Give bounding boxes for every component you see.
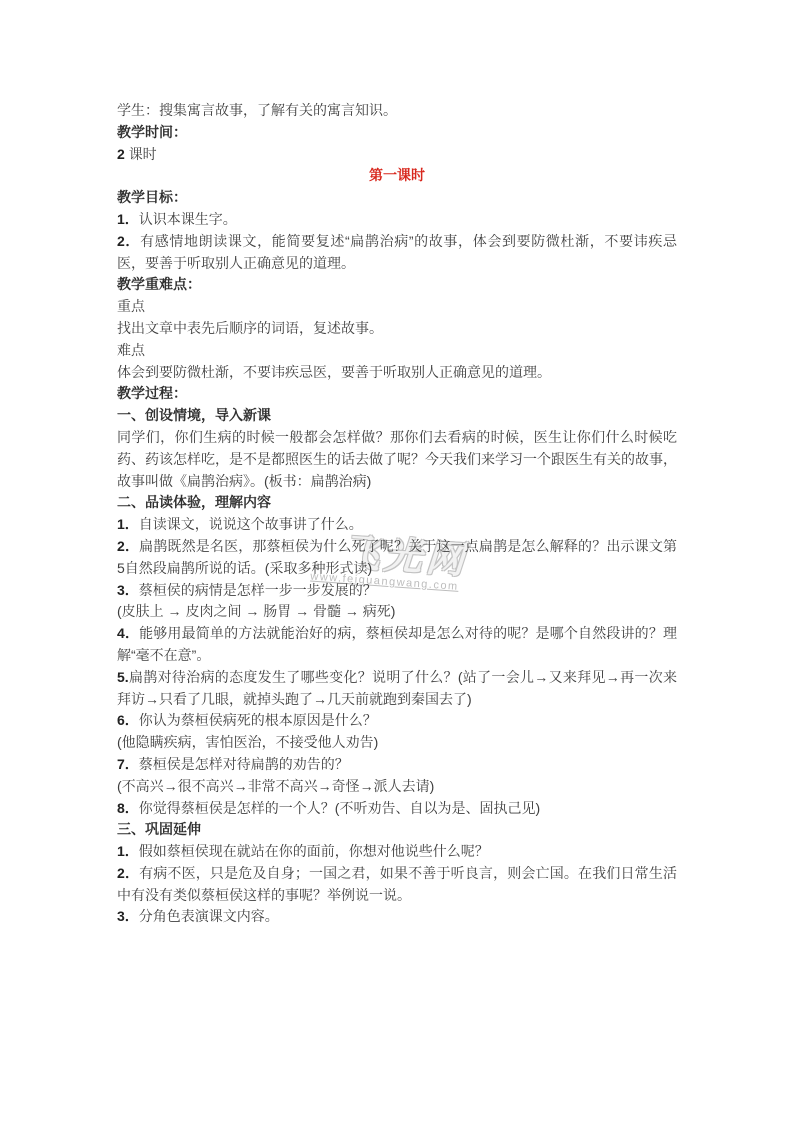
heading-teaching-goals: 教学目标： <box>117 187 677 209</box>
answer-note-root-cause: (他隐瞒疾病，害怕医治，不接受他人劝告) <box>117 732 677 754</box>
question-item-8-number: 8． <box>117 800 139 816</box>
question-item-3-text: 蔡桓侯的病情是怎样一步一步发展的？ <box>139 582 377 598</box>
heading-step-one-create-situation: 一、创设情境，导入新课 <box>117 405 677 427</box>
paragraph-student-preparation: 学生：搜集寓言故事，了解有关的寓言知识。 <box>117 100 677 122</box>
extend-item-2-text: 有病不医，只是危及自身；一国之君，如果不善于听良言，则会亡国。在我们日常生活中有… <box>117 865 677 903</box>
heading-step-two-read-comprehend: 二、品读体验，理解内容 <box>117 492 677 514</box>
text-difficult-point: 体会到要防微杜渐，不要讳疾忌医，要善于听取别人正确意见的道理。 <box>117 362 677 384</box>
question-item-1-number: 1． <box>117 516 139 532</box>
extend-item-1-text: 假如蔡桓侯现在就站在你的面前，你想对他说些什么呢？ <box>139 843 489 859</box>
question-item-5-number: 5. <box>117 669 129 685</box>
heading-key-difficult-points: 教学重难点： <box>117 274 677 296</box>
extend-item-2: 2．有病不医，只是危及自身；一国之君，如果不善于听良言，则会亡国。在我们日常生活… <box>117 863 677 907</box>
extend-item-3-number: 3． <box>117 908 139 924</box>
question-item-6-text: 你认为蔡桓侯病死的根本原因是什么？ <box>139 712 377 728</box>
label-difficult-point: 难点 <box>117 340 677 362</box>
answer-note-disease-progression: (皮肤上 → 皮肉之间 → 肠胃 → 骨髓 → 病死) <box>117 601 677 623</box>
heading-teaching-process: 教学过程： <box>117 383 677 405</box>
document-page: 学生：搜集寓言故事，了解有关的寓言知识。 教学时间： 2 课时 第一课时 教学目… <box>0 0 793 1122</box>
extend-item-1-number: 1． <box>117 843 139 859</box>
goal-item-2-text: 有感情地朗读课文，能简要复述“扁鹊治病”的故事，体会到要防微杜渐，不要讳疾忌医，… <box>117 233 677 271</box>
question-item-1-text: 自读课文，说说这个故事讲了什么。 <box>139 516 363 532</box>
heading-teaching-time: 教学时间： <box>117 122 677 144</box>
question-item-7-number: 7． <box>117 756 139 772</box>
lesson-plan-document: 学生：搜集寓言故事，了解有关的寓言知识。 教学时间： 2 课时 第一课时 教学目… <box>117 100 677 928</box>
text-key-point: 找出文章中表先后顺序的词语，复述故事。 <box>117 318 677 340</box>
extend-item-3-text: 分角色表演课文内容。 <box>139 908 279 924</box>
goal-item-2-number: 2． <box>117 233 140 249</box>
question-item-6: 6．你认为蔡桓侯病死的根本原因是什么？ <box>117 710 677 732</box>
period-count-text: 课时 <box>129 146 157 162</box>
question-item-8-text: 你觉得蔡桓侯是怎样的一个人？(不听劝告、自以为是、固执己见) <box>139 800 540 816</box>
paragraph-lead-in: 同学们，你们生病的时候一般都会怎样做？那你们去看病的时候，医生让你们什么时候吃药… <box>117 427 677 492</box>
question-item-2-text: 扁鹊既然是名医，那蔡桓侯为什么死了呢？关于这一点扁鹊是怎么解释的？出示课文第5自… <box>117 538 677 576</box>
extend-item-3: 3．分角色表演课文内容。 <box>117 906 677 928</box>
question-item-7: 7．蔡桓侯是怎样对待扁鹊的劝告的？ <box>117 754 677 776</box>
question-item-8: 8．你觉得蔡桓侯是怎样的一个人？(不听劝告、自以为是、固执己见) <box>117 798 677 820</box>
extend-item-2-number: 2． <box>117 865 139 881</box>
goal-item-1-text: 认识本课生字。 <box>139 211 237 227</box>
question-item-4-number: 4． <box>117 625 139 641</box>
paragraph-period-count: 2 课时 <box>117 144 677 166</box>
label-key-point: 重点 <box>117 296 677 318</box>
extend-item-1: 1．假如蔡桓侯现在就站在你的面前，你想对他说些什么呢？ <box>117 841 677 863</box>
question-item-4-text: 能够用最简单的方法就能治好的病，蔡桓侯却是怎么对待的呢？是哪个自然段讲的？理解“… <box>117 625 677 663</box>
heading-step-three-consolidate-extend: 三、巩固延伸 <box>117 819 677 841</box>
question-item-5: 5.扁鹊对待治病的态度发生了哪些变化？说明了什么？(站了一会儿→又来拜见→再一次… <box>117 667 677 711</box>
question-item-6-number: 6． <box>117 712 139 728</box>
question-item-2: 2．扁鹊既然是名医，那蔡桓侯为什么死了呢？关于这一点扁鹊是怎么解释的？出示课文第… <box>117 536 677 580</box>
question-item-2-number: 2． <box>117 538 139 554</box>
question-item-4: 4．能够用最简单的方法就能治好的病，蔡桓侯却是怎么对待的呢？是哪个自然段讲的？理… <box>117 623 677 667</box>
question-item-3: 3．蔡桓侯的病情是怎样一步一步发展的？ <box>117 580 677 602</box>
period-count-number: 2 <box>117 146 129 162</box>
goal-item-1-number: 1． <box>117 211 139 227</box>
heading-first-period: 第一课时 <box>117 165 677 187</box>
question-item-1: 1．自读课文，说说这个故事讲了什么。 <box>117 514 677 536</box>
goal-item-2: 2．有感情地朗读课文，能简要复述“扁鹊治病”的故事，体会到要防微杜渐，不要讳疾忌… <box>117 231 677 275</box>
question-item-5-text: 扁鹊对待治病的态度发生了哪些变化？说明了什么？(站了一会儿→又来拜见→再一次来拜… <box>117 669 677 707</box>
answer-note-attitude-change: (不高兴→很不高兴→非常不高兴→奇怪→派人去请) <box>117 776 677 798</box>
question-item-3-number: 3． <box>117 582 139 598</box>
goal-item-1: 1．认识本课生字。 <box>117 209 677 231</box>
question-item-7-text: 蔡桓侯是怎样对待扁鹊的劝告的？ <box>139 756 349 772</box>
